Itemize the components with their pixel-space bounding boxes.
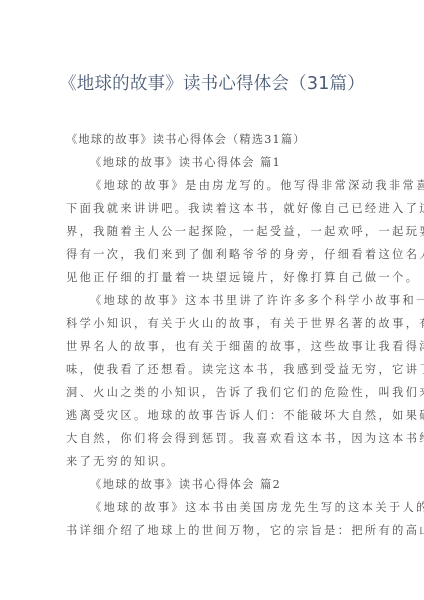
paragraph-line: 《地球的故事》这本书由美国房龙先生写的这本关于人的地理 [90, 501, 390, 515]
page-title: 《地球的故事》读书心得体会（31篇） [0, 70, 424, 95]
paragraph-line: 大自然，你们将会得到惩罚。我喜欢看这本书，因为这本书给我带 [66, 432, 366, 446]
paragraph-line: 书详细介绍了地球上的世间万物，它的宗旨是：把所有的高山，城 [66, 524, 366, 538]
paragraph-line: 下面我就来讲讲吧。我读着这本书，就好像自己已经进入了这个世 [66, 202, 366, 216]
document-heading: 《地球的故事》读书心得体会（精选31篇） [66, 133, 366, 147]
paragraph-line: 见他正仔细的打量着一块望远镜片，好像打算自己做一个。 [66, 271, 366, 285]
paragraph-line: 界，我随着主人公一起探险，一起受益，一起欢呼，一起玩耍。记 [66, 225, 366, 239]
paragraph-line: 逃离受灾区。地球的故事告诉人们：不能破坏大自然，如果破坏了 [66, 409, 366, 423]
paragraph-line: 《地球的故事》这本书里讲了许许多多个科学小故事和一个个 [90, 294, 390, 308]
paragraph-line: 世界名人的故事，也有关于细菌的故事，这些故事让我看得津津有 [66, 340, 366, 354]
paragraph-line: 得有一次，我们来到了伽利略爷爷的身旁，仔细看着这位名人，只 [66, 248, 366, 262]
section-subtitle-2: 《地球的故事》读书心得体会 篇2 [90, 478, 390, 492]
paragraph-line: 来了无穷的知识。 [66, 455, 366, 469]
paragraph-line: 味，使我看了还想看。读完这本书，我感到受益无穷，它讲了臭氧 [66, 363, 366, 377]
section-subtitle-1: 《地球的故事》读书心得体会 篇1 [90, 156, 390, 170]
paragraph-line: 科学小知识，有关于火山的故事，有关于世界名著的故事，有关于 [66, 317, 366, 331]
document-page: 《地球的故事》读书心得体会（31篇） 《地球的故事》读书心得体会（精选31篇） … [0, 0, 424, 600]
paragraph-line: 洞、火山之类的小知识，告诉了我们它们的危险性，叫我们来怎样 [66, 386, 366, 400]
paragraph-line: 《地球的故事》是由房龙写的。他写得非常深动我非常喜欢看， [90, 179, 390, 193]
